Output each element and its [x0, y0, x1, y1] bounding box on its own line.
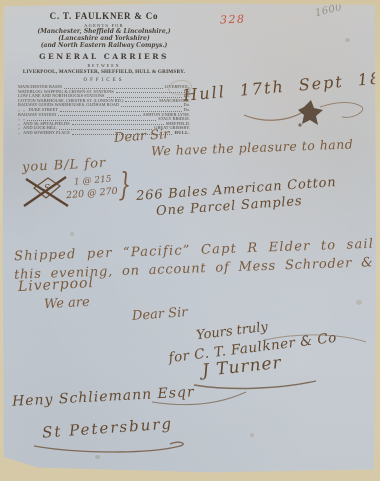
office-place-hull: HULL.	[174, 131, 190, 136]
dot-leader	[121, 106, 181, 107]
railway-line-2: (Lancashire and Yorkshire)	[14, 35, 194, 42]
body-line-1: We have the pleasure to hand	[151, 136, 354, 158]
bale-numbers-1: 1 @ 215	[74, 174, 112, 187]
letterhead: C. T. FAULKNER & Co AGENTS FOR (Manchest…	[14, 11, 194, 136]
general-carriers-label: GENERAL CARRIERS	[14, 52, 194, 61]
bale-numbers-2: 220 @ 270	[66, 186, 119, 201]
railway-line-1: (Manchester, Sheffield & Lincolnshire,)	[14, 28, 194, 35]
red-filing-number: 328	[220, 13, 246, 27]
closing-dear-sir: Dear Sir	[132, 305, 188, 324]
dot-leader	[58, 115, 140, 116]
offices-title: OFFICES	[14, 78, 194, 83]
shipping-line-3: Liverpool	[18, 275, 95, 295]
between-label: BETWEEN	[14, 63, 194, 68]
brace: }	[119, 166, 131, 204]
dot-leader	[72, 124, 164, 125]
closing-we-are: We are	[44, 295, 91, 312]
scanned-letter-background: C. T. FAULKNER & Co AGENTS FOR (Manchest…	[0, 0, 380, 481]
dot-leader	[125, 101, 157, 102]
ink-flourish-blot	[238, 95, 370, 129]
addressee-flourish	[150, 386, 250, 410]
foxing-spot	[356, 300, 362, 305]
foxing-spot	[250, 433, 254, 437]
railway-line-3: (and North Eastern Railway Compys.)	[14, 42, 194, 49]
foxing-spot	[70, 232, 74, 236]
dot-leader	[116, 92, 182, 93]
crossed-shipping-mark: S	[22, 172, 70, 212]
office-name: „ AND SOWERBY PLACE	[18, 131, 70, 136]
city-underline-flourish	[30, 438, 198, 458]
foxing-spot	[345, 38, 350, 42]
cities-line: LIVERPOOL, MANCHESTER, SHEFFIELD, HULL &…	[14, 69, 194, 75]
letter-paper: C. T. FAULKNER & Co AGENTS FOR (Manchest…	[0, 0, 380, 481]
pencil-number: 1600	[314, 2, 343, 19]
company-name: C. T. FAULKNER & Co	[14, 11, 194, 21]
